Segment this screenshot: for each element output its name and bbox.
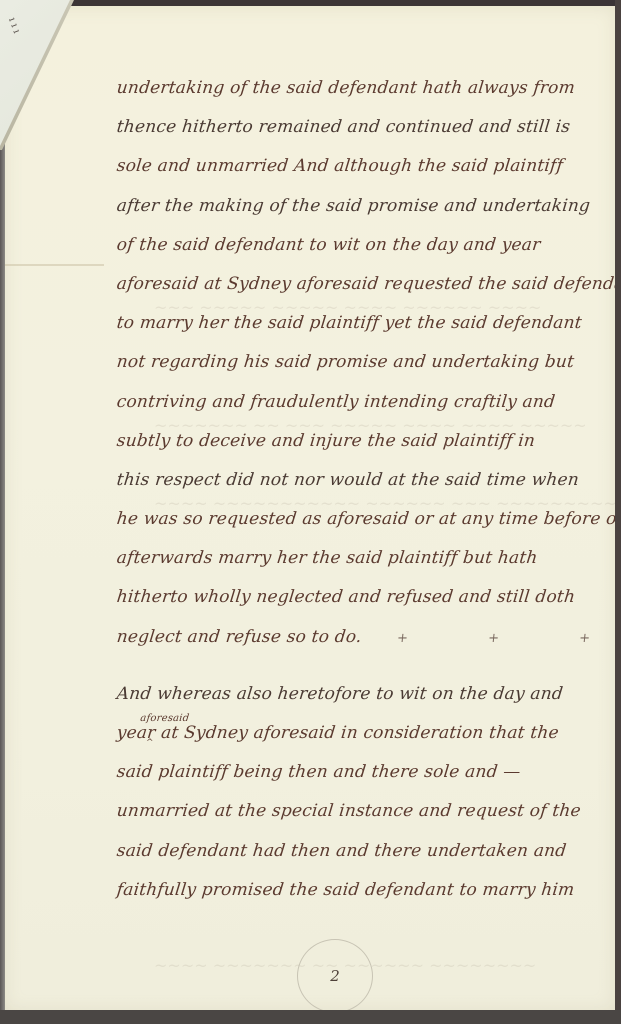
text-line: after the making of the said promise and… <box>114 194 618 233</box>
paragraph-gap <box>116 664 616 682</box>
text-line: aforesaid ^ year at Sydney aforesaid in … <box>114 721 618 760</box>
text-line-content: neglect and refuse so to do. <box>116 627 363 647</box>
text-line: contriving and fraudulently intending cr… <box>114 390 618 429</box>
line-filler-marks: + + + + <box>396 631 621 646</box>
text-line: said defendant had then and there undert… <box>114 839 618 878</box>
insertion-caret: ^ <box>144 731 154 755</box>
document-viewer: ~~~ ~~~~~ ~~~~~ ~~~~ ~~~~~~ ~~~~ ~~~~~~~… <box>0 0 621 1024</box>
text-line: faithfully promised the said defendant t… <box>114 878 618 917</box>
text-line: not regarding his said promise and under… <box>114 350 618 389</box>
scan-border-bottom <box>0 1010 621 1024</box>
handwritten-text-block: undertaking of the said defendant hath a… <box>116 76 616 917</box>
text-line: thence hitherto remained and continued a… <box>114 115 618 154</box>
text-line: hitherto wholly neglected and refused an… <box>114 585 618 624</box>
paper-crease <box>4 264 104 266</box>
page-number-circle: 2 <box>297 939 373 1013</box>
text-line: neglect and refuse so to do. + + + + <box>114 625 618 664</box>
text-line: this respect did not nor would at the sa… <box>114 468 618 507</box>
text-line: said plaintiff being then and there sole… <box>114 760 618 799</box>
text-line: aforesaid at Sydney aforesaid requested … <box>114 272 618 311</box>
page-edge-shadow <box>0 140 5 1020</box>
text-line: to marry her the said plaintiff yet the … <box>114 311 618 350</box>
text-line: he was so requested as aforesaid or at a… <box>114 507 618 546</box>
text-line: undertaking of the said defendant hath a… <box>114 76 618 115</box>
text-line: subtly to deceive and injure the said pl… <box>114 429 618 468</box>
text-line: of the said defendant to wit on the day … <box>114 233 618 272</box>
text-line: afterwards marry her the said plaintiff … <box>114 546 618 585</box>
scan-border-right <box>615 0 621 1024</box>
page-number: 2 <box>298 940 372 1012</box>
text-line: sole and unmarried And although the said… <box>114 154 618 193</box>
manuscript-page: ~~~ ~~~~~ ~~~~~ ~~~~ ~~~~~~ ~~~~ ~~~~~~~… <box>4 6 616 1012</box>
text-line: unmarried at the special instance and re… <box>114 799 618 838</box>
interlinear-insertion: aforesaid <box>139 707 190 731</box>
